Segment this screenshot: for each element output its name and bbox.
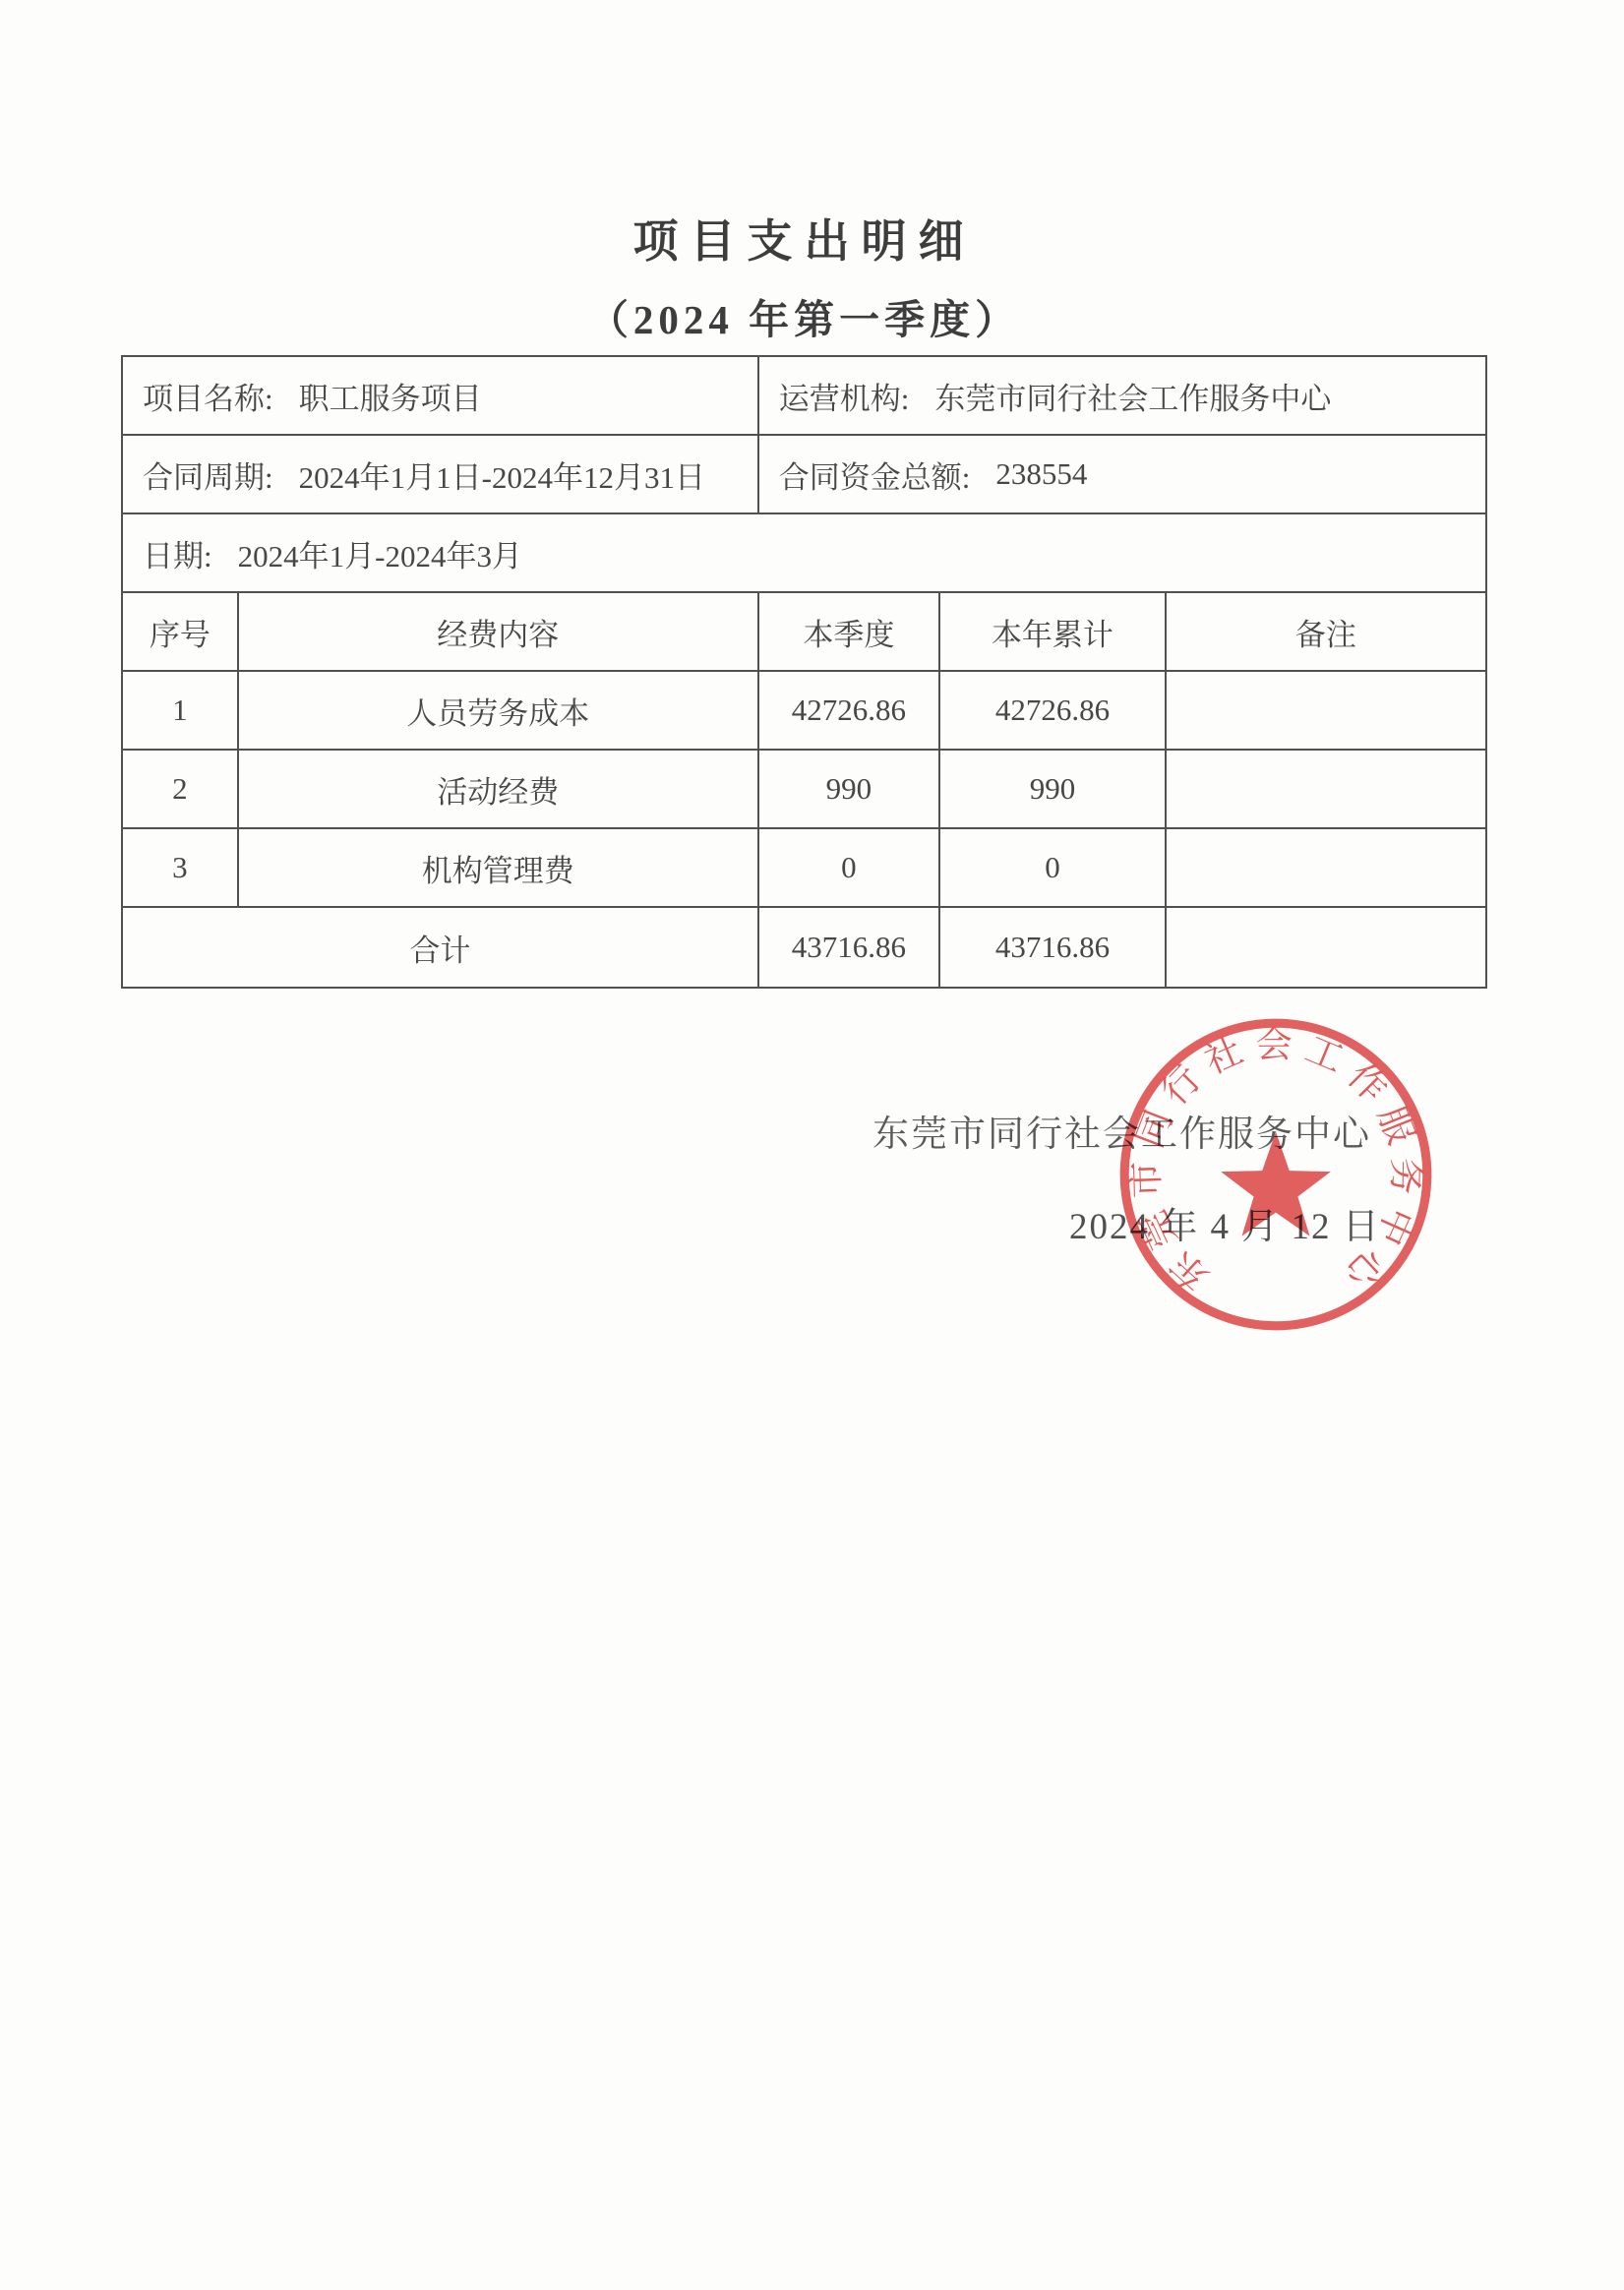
table-row: 1 人员劳务成本 42726.86 42726.86	[123, 672, 1485, 751]
page-title: 项目支出明细	[121, 214, 1487, 270]
table-header-row: 序号 经费内容 本季度 本年累计 备注	[123, 593, 1485, 672]
total-remark	[1167, 908, 1485, 987]
table-row: 2 活动经费 990 990	[123, 751, 1485, 829]
date-range-value: 2024年1月-2024年3月	[238, 531, 522, 575]
header-ytd: 本年累计	[940, 593, 1167, 670]
date-range-cell: 日期: 2024年1月-2024年3月	[123, 514, 1485, 591]
project-name-cell: 项目名称: 职工服务项目	[123, 357, 759, 434]
row-ytd: 990	[940, 751, 1167, 827]
total-label-cell: 合计	[123, 908, 759, 987]
contract-period-value: 2024年1月1日-2024年12月31日	[299, 452, 705, 497]
page-subtitle: （2024 年第一季度）	[121, 293, 1487, 346]
row-ytd: 42726.86	[940, 672, 1167, 749]
date-range-label: 日期:	[143, 531, 212, 575]
row-ytd: 0	[940, 829, 1167, 906]
table-row: 日期: 2024年1月-2024年3月	[123, 514, 1485, 593]
header-no: 序号	[123, 593, 239, 670]
total-quarter: 43716.86	[759, 908, 940, 987]
scanned-document-page: 项目支出明细 （2024 年第一季度） 项目名称: 职工服务项目 运营机构: 东…	[0, 0, 1624, 2290]
header-quarter: 本季度	[759, 593, 940, 670]
row-no: 3	[123, 829, 239, 906]
contract-period-cell: 合同周期: 2024年1月1日-2024年12月31日	[123, 436, 759, 512]
row-no: 1	[123, 672, 239, 749]
header-content: 经费内容	[239, 593, 759, 670]
header-remark: 备注	[1167, 593, 1485, 670]
row-quarter: 990	[759, 751, 940, 827]
table-row: 项目名称: 职工服务项目 运营机构: 东莞市同行社会工作服务中心	[123, 357, 1485, 436]
row-remark	[1167, 829, 1485, 906]
row-no: 2	[123, 751, 239, 827]
table-total-row: 合计 43716.86 43716.86	[123, 908, 1485, 987]
table-row: 3 机构管理费 0 0	[123, 829, 1485, 908]
row-content: 活动经费	[239, 751, 759, 827]
contract-amount-cell: 合同资金总额: 238554	[759, 436, 1485, 512]
contract-period-label: 合同周期:	[143, 452, 273, 497]
expense-detail-table: 项目名称: 职工服务项目 运营机构: 东莞市同行社会工作服务中心 合同周期: 2…	[121, 355, 1487, 989]
contract-amount-value: 238554	[995, 456, 1087, 492]
row-content: 机构管理费	[239, 829, 759, 906]
row-quarter: 42726.86	[759, 672, 940, 749]
star-icon	[1221, 1131, 1331, 1235]
table-row: 合同周期: 2024年1月1日-2024年12月31日 合同资金总额: 2385…	[123, 436, 1485, 514]
total-ytd: 43716.86	[940, 908, 1167, 987]
project-name-value: 职工服务项目	[299, 374, 482, 418]
row-quarter: 0	[759, 829, 940, 906]
row-content: 人员劳务成本	[239, 672, 759, 749]
operator-cell: 运营机构: 东莞市同行社会工作服务中心	[759, 357, 1485, 434]
operator-label: 运营机构:	[779, 374, 910, 418]
operator-value: 东莞市同行社会工作服务中心	[934, 374, 1331, 418]
project-name-label: 项目名称:	[143, 374, 273, 418]
contract-amount-label: 合同资金总额:	[779, 452, 971, 497]
row-remark	[1167, 672, 1485, 749]
official-seal-stamp: 东莞市同行社会工作服务中心	[1107, 1005, 1445, 1344]
row-remark	[1167, 751, 1485, 827]
